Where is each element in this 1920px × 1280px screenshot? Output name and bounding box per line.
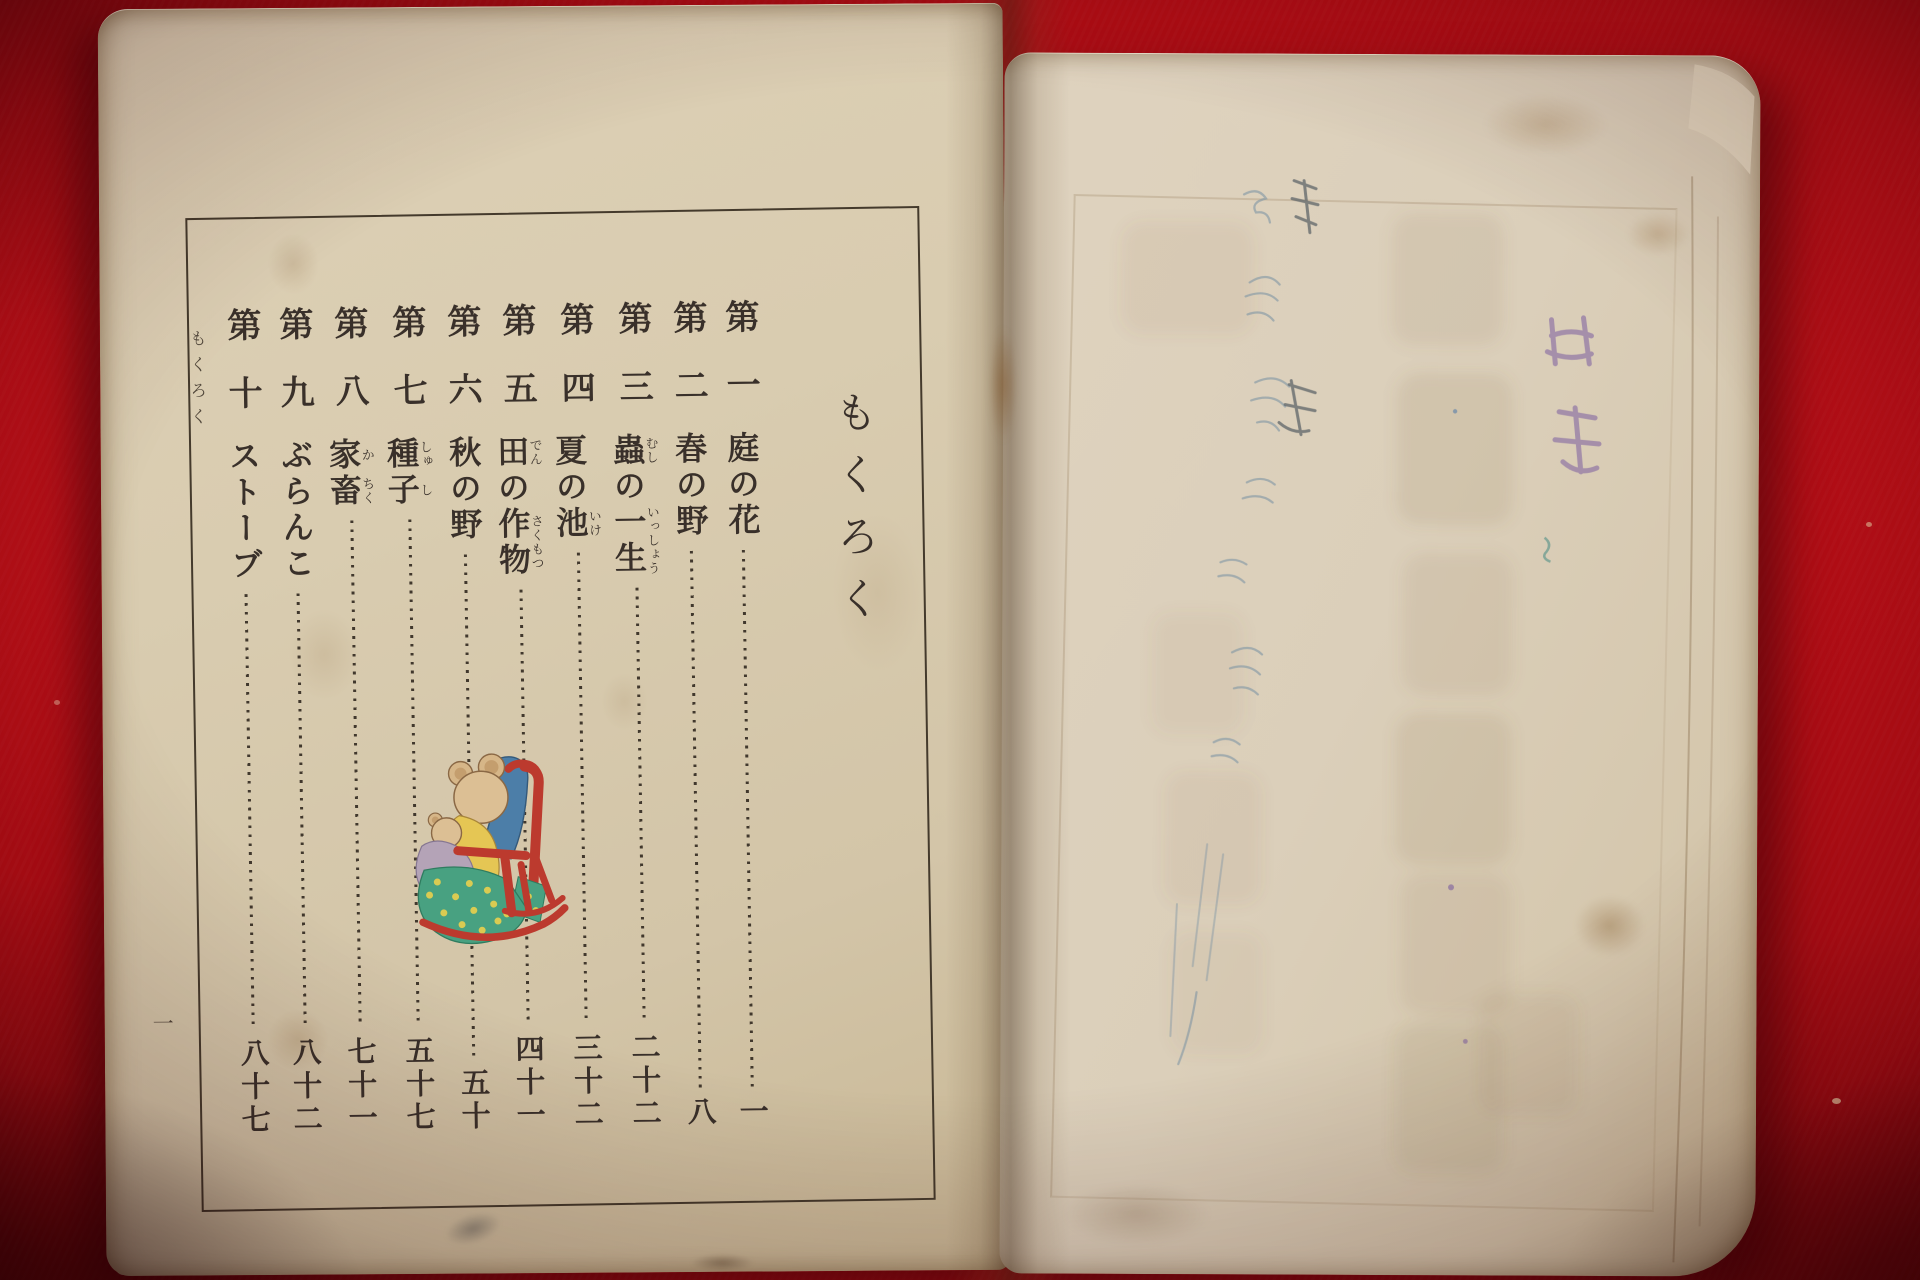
- pencil-smudge: [441, 1206, 505, 1251]
- toc-entry: 第六秋の野五十: [441, 303, 495, 1134]
- toc-page-number: 一: [737, 1096, 767, 1129]
- toc-chapter-prefix: 第: [557, 301, 592, 336]
- toc-entries: 第一庭の花一第二春の野八第三蟲むしの一生いっしょう二十二第四夏の池いけ三十二第五…: [221, 299, 773, 1138]
- toc-chapter-number: 七: [390, 372, 425, 407]
- toc-title: もくろく: [830, 390, 877, 639]
- toc-chapter-prefix: 第: [276, 306, 311, 341]
- toc-chapter-prefix: 第: [722, 299, 757, 334]
- toc-chapter-prefix: 第: [615, 300, 650, 335]
- toc-page-number: 三十二: [571, 1032, 602, 1131]
- toc-chapter-number: 五: [500, 370, 535, 405]
- toc-entry-title: 蟲むしの一生いっしょう: [611, 432, 659, 577]
- curled-corner: [1688, 64, 1754, 174]
- toc-page-number: 七十一: [345, 1036, 376, 1135]
- dotted-leader: [350, 520, 361, 1027]
- right-page-marks: [999, 53, 1760, 1276]
- toc-entry-title: 田でんの作物さくもつ: [495, 434, 543, 579]
- toc-chapter-prefix: 第: [389, 304, 424, 339]
- chair-arm: [458, 850, 526, 857]
- edge-dirt: [690, 1254, 754, 1272]
- toc-entry: 第十ストーブ八十七: [221, 307, 275, 1138]
- show-through-ghost-text: [1118, 212, 1582, 1174]
- lint-speck: [1832, 1098, 1841, 1104]
- toc-entry: 第二春の野八: [667, 299, 721, 1130]
- toc-entry-title: 夏の池いけ: [553, 433, 601, 542]
- toc-chapter-number: 一: [723, 367, 758, 402]
- toc-entry-title: ストーブ: [227, 439, 261, 584]
- toc-chapter-prefix: 第: [331, 305, 366, 340]
- dotted-leader: [576, 553, 587, 1024]
- toc-chapter-prefix: 第: [444, 303, 479, 338]
- toc-chapter-prefix: 第: [224, 307, 259, 342]
- toc-page-number: 五十七: [403, 1035, 434, 1134]
- violet-speck: [1463, 1039, 1468, 1044]
- dotted-leader: [244, 594, 254, 1029]
- left-page: もくろく 一 もくろく 第一庭の花一第二春の野八第三蟲むしの一生いっしょう二十二…: [98, 3, 1012, 1276]
- toc-chapter-number: 三: [616, 368, 651, 403]
- fore-edge-creases: [1673, 176, 1718, 1262]
- toc-entry-title: 庭の花: [725, 431, 759, 540]
- toc-entry: 第七種しゅ子し五十七: [383, 304, 443, 1135]
- toc-page-number: 八: [685, 1096, 715, 1129]
- violet-speck: [1448, 884, 1454, 890]
- toc-chapter-prefix: 第: [670, 300, 705, 335]
- spine-stain: [988, 326, 1018, 444]
- toc-chapter-number: 六: [445, 371, 480, 406]
- toc-entry: 第一庭の花一: [719, 299, 773, 1130]
- toc-entry: 第四夏の池いけ三十二: [551, 301, 611, 1132]
- teal-crayon-mark: [1544, 538, 1550, 562]
- lint-speck: [54, 700, 60, 705]
- toc-chapter-number: 九: [277, 374, 312, 409]
- dotted-leader: [741, 550, 753, 1087]
- toc-page-number: 五十: [459, 1067, 489, 1133]
- toc-entry-title: 種しゅ子し: [385, 436, 432, 509]
- dotted-leader: [635, 588, 645, 1023]
- blue-speck: [1453, 409, 1457, 413]
- toc-page-number: 八十七: [238, 1038, 269, 1137]
- toc-chapter-prefix: 第: [499, 302, 534, 337]
- toc-frame: もくろく 第一庭の花一第二春の野八第三蟲むしの一生いっしょう二十二第四夏の池いけ…: [185, 206, 935, 1212]
- toc-entry-title: 春の野: [673, 432, 707, 541]
- purple-crayon-marks: [1547, 318, 1600, 472]
- toc-chapter-number: 四: [558, 369, 593, 404]
- toc-entry: 第八家か畜ちく七十一: [325, 305, 385, 1136]
- toc-entry: 第三蟲むしの一生いっしょう二十二: [609, 300, 669, 1131]
- lint-speck: [1866, 522, 1872, 527]
- toc-entry-title: ぶらんこ: [279, 438, 313, 583]
- toc-entry: 第九ぶらんこ八十二: [273, 306, 327, 1137]
- toc-page-number: 八十二: [290, 1037, 321, 1136]
- toc-chapter-number: 十: [225, 375, 260, 410]
- folio-page-number: 一: [153, 1008, 174, 1038]
- toc-entry-title: 秋の野: [447, 435, 481, 544]
- toc-entry-title: 家か畜ちく: [327, 437, 374, 510]
- right-page: [999, 52, 1760, 1276]
- toc-chapter-number: 二: [671, 368, 706, 403]
- rocking-chair-illustration: [406, 752, 577, 955]
- dotted-leader: [689, 551, 701, 1088]
- toc-page-number: 二十二: [629, 1031, 660, 1130]
- toc-page-number: 四十一: [513, 1033, 544, 1132]
- dotted-leader: [296, 593, 306, 1028]
- graphite-marks: [1279, 181, 1318, 435]
- toc-entry: 第五田でんの作物さくもつ四十一: [493, 302, 553, 1133]
- toc-chapter-number: 八: [332, 373, 367, 408]
